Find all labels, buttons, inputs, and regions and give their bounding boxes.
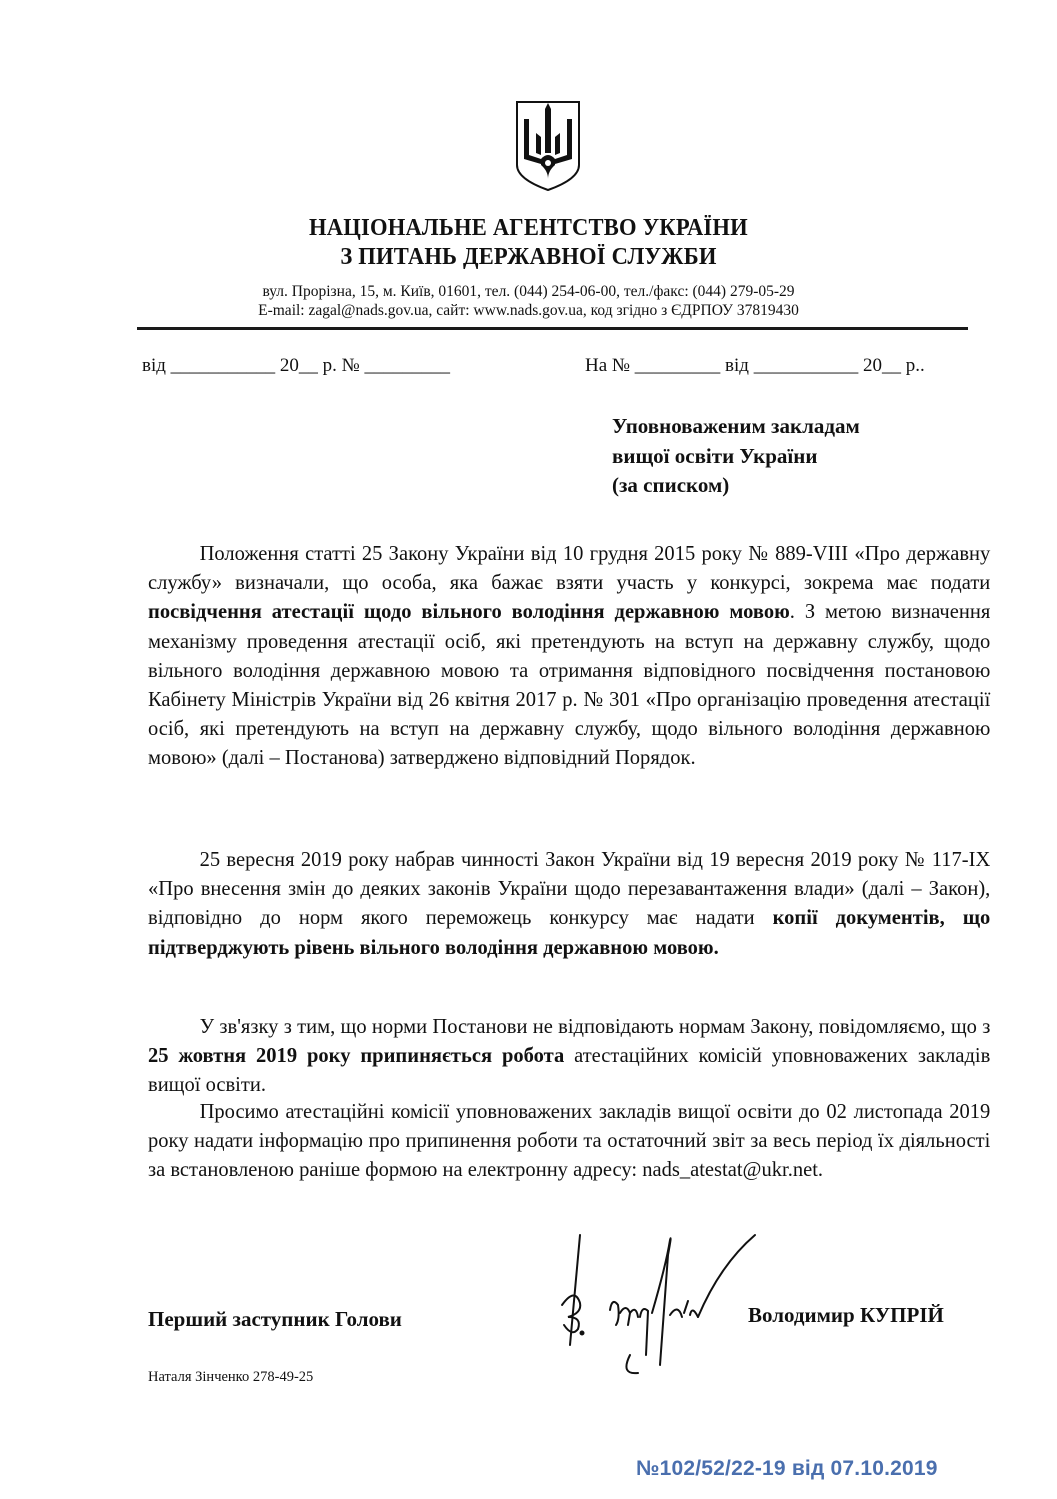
trident-coat-of-arms-icon	[514, 99, 582, 193]
signatory-name: Володимир КУПРІЙ	[748, 1303, 944, 1328]
organization-name-line1: НАЦІОНАЛЬНЕ АГЕНТСТВО УКРАЇНИ	[32, 215, 1026, 242]
organization-address: вул. Прорізна, 15, м. Київ, 01601, тел. …	[0, 283, 1057, 301]
handwritten-signature-icon	[520, 1225, 760, 1375]
organization-contacts: E-mail: zagal@nads.gov.ua, сайт: www.nad…	[0, 302, 1057, 320]
addressee-line2: вищої освіти України	[612, 444, 817, 469]
outgoing-reference: від ___________ 20__ р. № _________	[142, 355, 450, 377]
paragraph-4: Просимо атестаційні комісії уповноважени…	[148, 1097, 990, 1185]
emphasis: 25 жовтня 2019 року припиняється робота	[148, 1043, 564, 1067]
paragraph-2: 25 вересня 2019 року набрав чинності Зак…	[148, 845, 990, 962]
signatory-position: Перший заступник Голови	[148, 1307, 402, 1332]
paragraph-1: Положення статті 25 Закону України від 1…	[148, 539, 990, 773]
paragraph-3: У зв'язку з тим, що норми Постанови не в…	[148, 1012, 990, 1100]
addressee-line1: Уповноваженим закладам	[612, 414, 860, 439]
addressee-line3: (за списком)	[612, 473, 729, 498]
executor-contact: Наталя Зінченко 278-49-25	[148, 1369, 313, 1386]
header-divider	[137, 327, 968, 330]
incoming-reference: На № _________ від ___________ 20__ р..	[585, 355, 925, 377]
registration-stamp: №102/52/22-19 від 07.10.2019	[636, 1457, 938, 1481]
emphasis: посвідчення атестації щодо вільного воло…	[148, 599, 790, 623]
organization-name-line2: З ПИТАНЬ ДЕРЖАВНОЇ СЛУЖБИ	[32, 244, 1026, 271]
